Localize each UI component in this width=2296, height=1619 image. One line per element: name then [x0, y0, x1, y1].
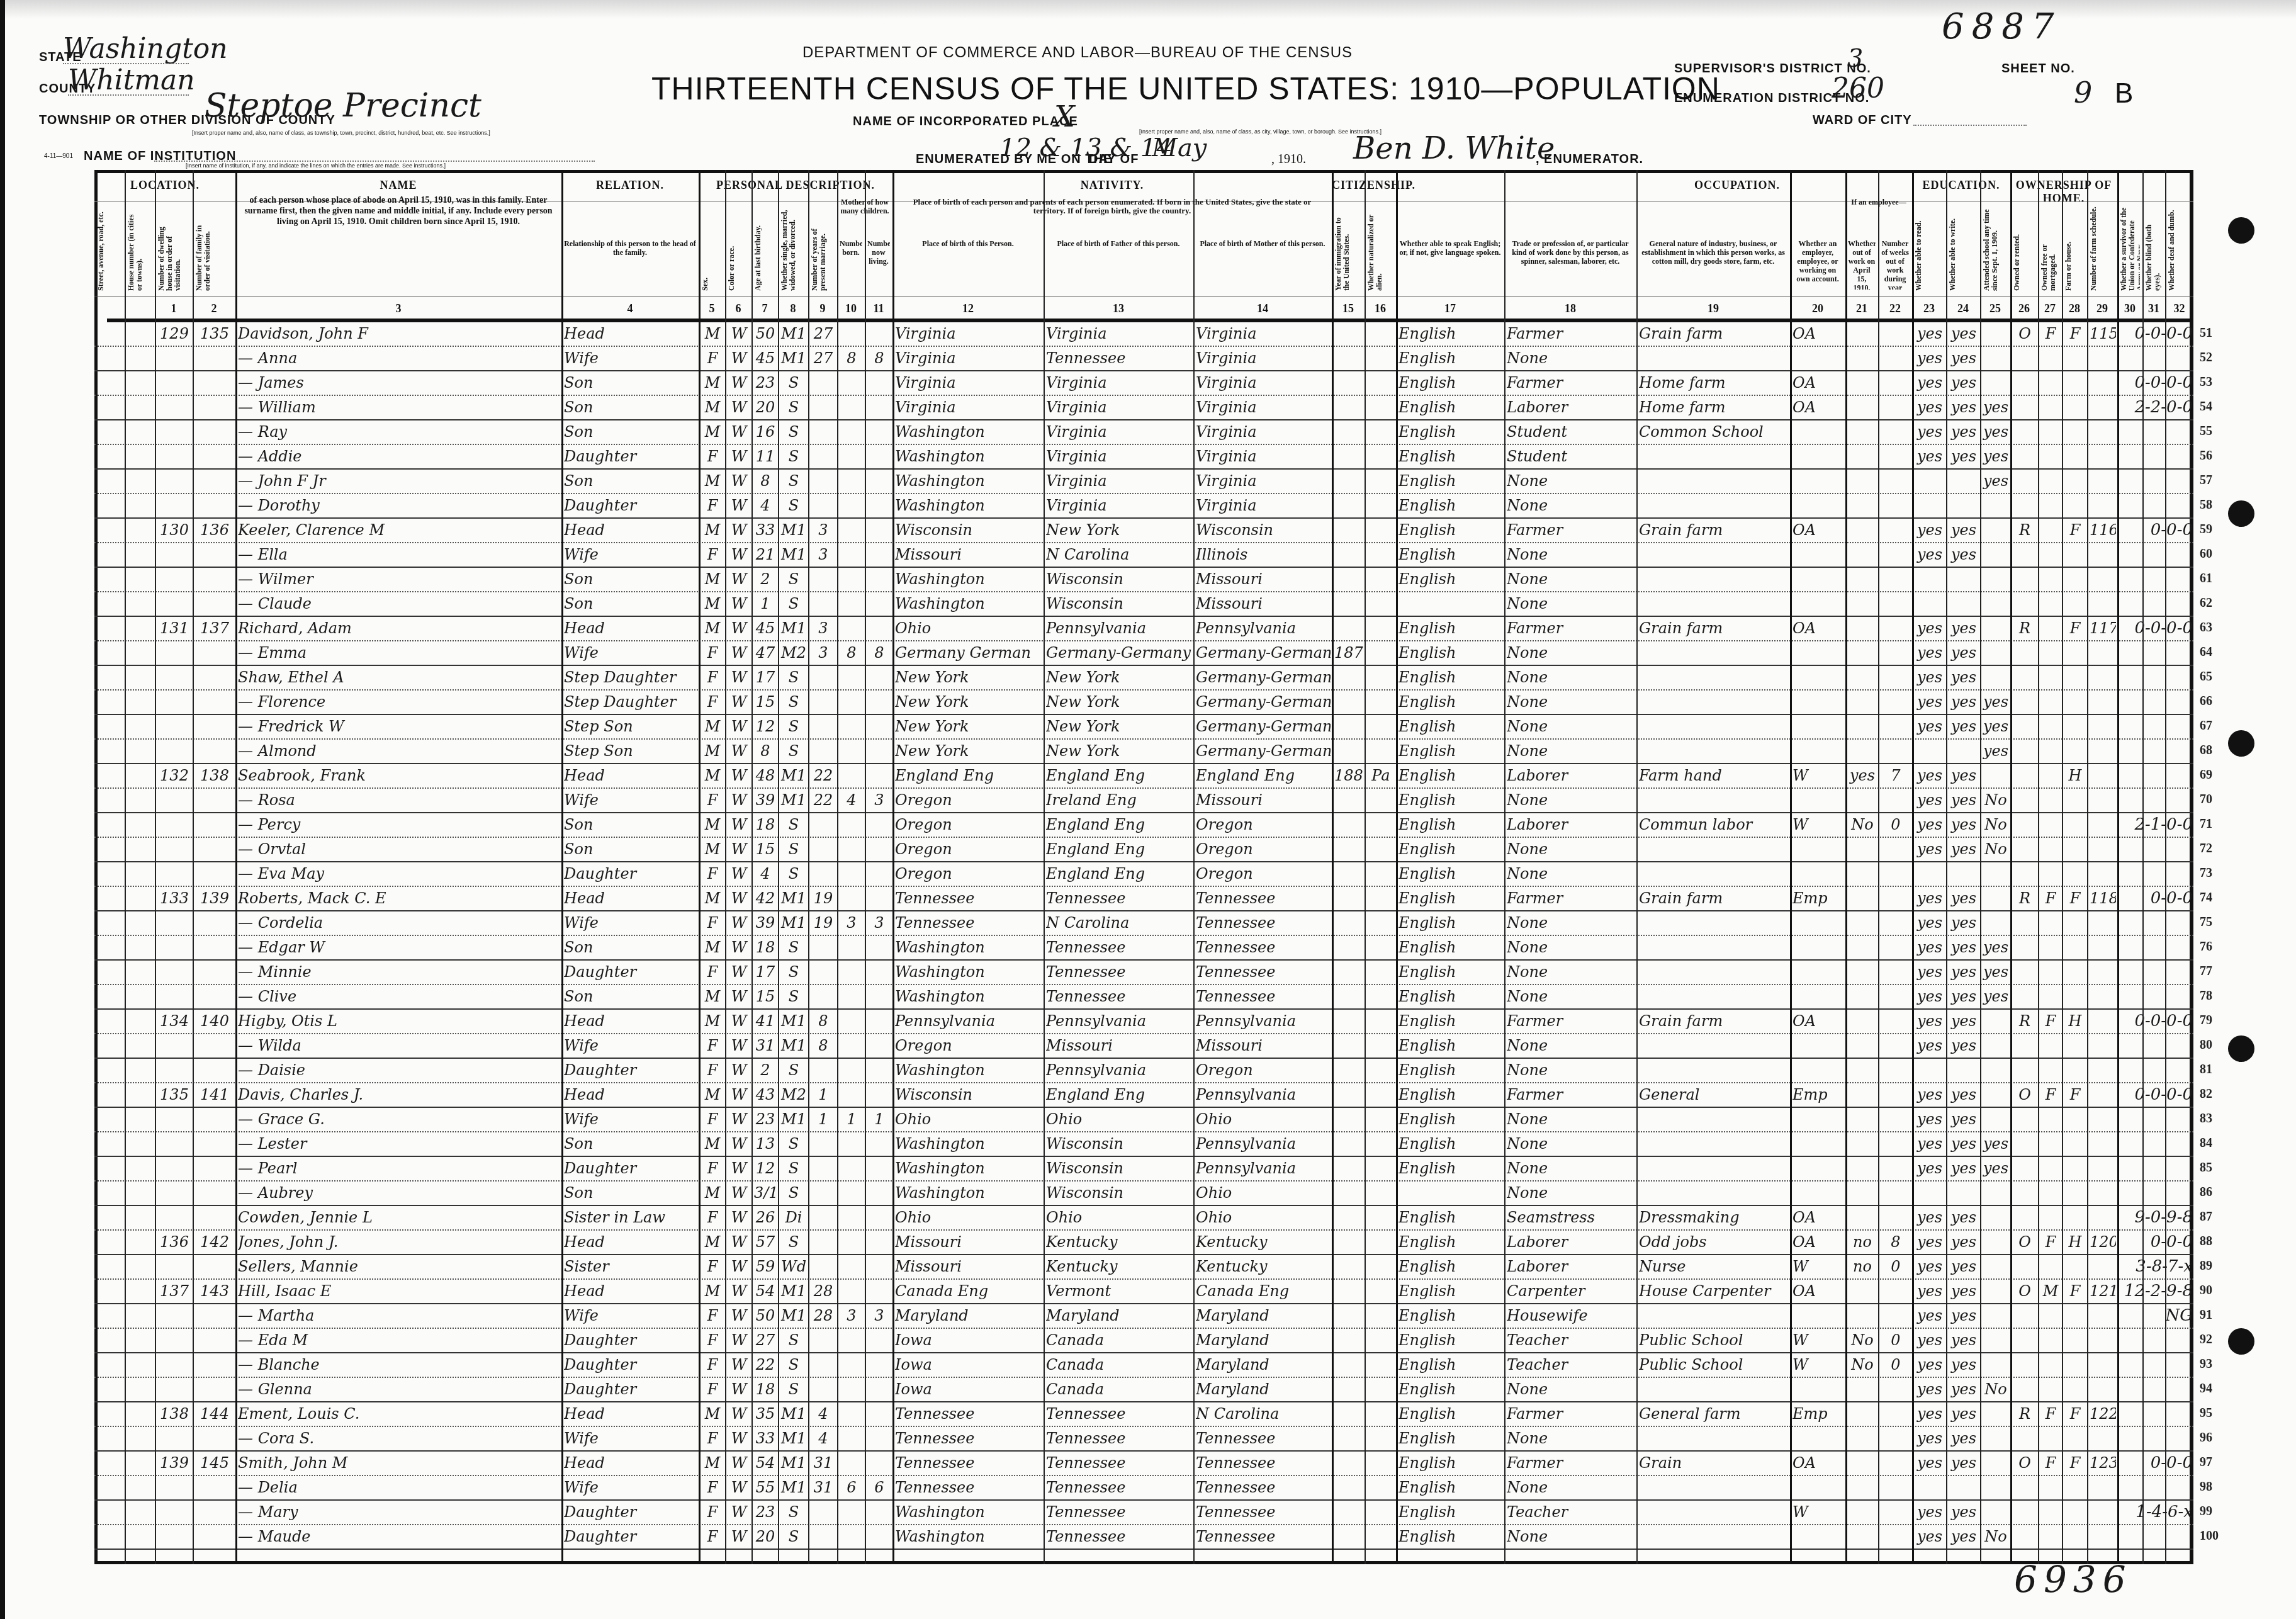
- cell-mortgaged: F: [2040, 1231, 2061, 1253]
- cell-write: yes: [1949, 543, 1979, 566]
- group-header-personal: PERSONAL DESCRIPTION.: [699, 179, 892, 192]
- cell-relation: Son: [564, 838, 697, 860]
- column-divider: [1332, 170, 1334, 1564]
- cell-codes: 1-4-6-x: [2079, 1501, 2193, 1523]
- cell-industry: Odd jobs: [1639, 1231, 1789, 1253]
- cell-sex: M: [701, 420, 724, 443]
- cell-race: W: [728, 592, 750, 615]
- cell-sex: M: [701, 1083, 724, 1106]
- cell-weeks_out: 0: [1881, 1255, 1911, 1278]
- cell-age: 1: [754, 592, 777, 615]
- cell-children_born: 6: [840, 1476, 864, 1499]
- cell-race: W: [728, 347, 750, 369]
- cell-trade: None: [1507, 1108, 1635, 1131]
- cell-owned: R: [2013, 1010, 2037, 1032]
- enumerated-month: May: [1152, 133, 1207, 162]
- cell-years_married: 19: [811, 887, 836, 910]
- cell-marital: S: [780, 371, 807, 394]
- cell-relation: Daughter: [564, 1378, 697, 1401]
- cell-language: English: [1398, 1329, 1503, 1351]
- column-divider: [2117, 170, 2119, 1564]
- cell-write: yes: [1949, 1010, 1979, 1032]
- cell-age: 54: [754, 1452, 777, 1474]
- column-header-birth_person: Place of birth of this Person.: [895, 239, 1041, 290]
- cell-age: 57: [754, 1231, 777, 1253]
- line-number: 70: [2200, 793, 2212, 807]
- cell-school: yes: [1983, 470, 2009, 492]
- cell-age: 59: [754, 1255, 777, 1278]
- column-number: 14: [1193, 296, 1332, 321]
- cell-mortgaged: F: [2040, 322, 2061, 345]
- cell-mortgaged: F: [2040, 1010, 2061, 1032]
- line-number: 67: [2200, 719, 2212, 733]
- cell-age: 41: [754, 1010, 777, 1032]
- cell-language: English: [1398, 420, 1503, 443]
- cell-sex: F: [701, 691, 724, 713]
- cell-marital: S: [780, 1231, 807, 1253]
- cell-owned: R: [2013, 519, 2037, 541]
- cell-birth_mother: Tennessee: [1196, 1427, 1331, 1450]
- cell-sex: M: [701, 1280, 724, 1302]
- cell-industry: Nurse: [1639, 1255, 1789, 1278]
- cell-birth_person: Ohio: [895, 1108, 1042, 1131]
- cell-age: 15: [754, 691, 777, 713]
- cell-language: English: [1398, 371, 1503, 394]
- cell-marital: S: [780, 691, 807, 713]
- cell-name: — William: [238, 396, 560, 419]
- cell-birth_father: Tennessee: [1046, 1427, 1192, 1450]
- cell-race: W: [728, 789, 750, 811]
- cell-marital: S: [780, 985, 807, 1008]
- cell-relation: Step Son: [564, 715, 697, 738]
- cell-industry: Grain: [1639, 1452, 1789, 1474]
- cell-employer: W: [1792, 1329, 1844, 1351]
- cell-age: 17: [754, 961, 777, 983]
- group-header-citizenship: CITIZENSHIP.: [1332, 179, 1396, 192]
- cell-read: yes: [1915, 715, 1945, 738]
- line-number: 86: [2200, 1185, 2212, 1200]
- cell-weeks_out: 0: [1881, 1353, 1911, 1376]
- institution-hint: [Insert name of institution, if any, and…: [186, 162, 446, 169]
- cell-birth_mother: Tennessee: [1196, 1525, 1331, 1548]
- line-number: 77: [2200, 964, 2212, 979]
- cell-sex: M: [701, 1182, 724, 1204]
- cell-write: yes: [1949, 371, 1979, 394]
- cell-write: yes: [1949, 322, 1979, 345]
- cell-farm_house: F: [2064, 1402, 2086, 1425]
- column-number: 4: [561, 296, 699, 321]
- column-header-owned: Owned or rented.: [2013, 206, 2035, 291]
- cell-birth_mother: Wisconsin: [1196, 519, 1331, 541]
- cell-employer: Emp: [1792, 887, 1844, 910]
- line-number: 95: [2200, 1406, 2212, 1421]
- cell-owned: R: [2013, 1402, 2037, 1425]
- cell-write: yes: [1949, 1353, 1979, 1376]
- cell-school: yes: [1983, 396, 2009, 419]
- cell-employer: W: [1792, 1353, 1844, 1376]
- cell-race: W: [728, 543, 750, 566]
- cell-sex: F: [701, 1525, 724, 1548]
- cell-weeks_out: 0: [1881, 813, 1911, 836]
- cell-race: W: [728, 764, 750, 787]
- column-divider: [865, 170, 866, 1564]
- cell-read: yes: [1915, 1108, 1945, 1131]
- cell-birth_mother: Germany-German: [1196, 666, 1331, 689]
- cell-out_of_work: No: [1848, 813, 1877, 836]
- cell-school: No: [1983, 813, 2009, 836]
- cell-birth_mother: Oregon: [1196, 1059, 1331, 1081]
- cell-marital: S: [780, 1182, 807, 1204]
- cell-years_married: 22: [811, 764, 836, 787]
- line-number: 85: [2200, 1161, 2212, 1175]
- cell-sex: F: [701, 789, 724, 811]
- cell-relation: Daughter: [564, 1157, 697, 1180]
- township-value: Steptoe Precinct: [205, 87, 481, 125]
- cell-race: W: [728, 1329, 750, 1351]
- cell-birth_person: Washington: [895, 961, 1042, 983]
- binder-hole: [2228, 500, 2254, 527]
- column-number: 26: [2010, 296, 2038, 321]
- cell-read: yes: [1915, 838, 1945, 860]
- cell-write: yes: [1949, 420, 1979, 443]
- cell-birth_person: England Eng: [895, 764, 1042, 787]
- column-number: 9: [808, 296, 837, 321]
- cell-name: Higby, Otis L: [238, 1010, 560, 1032]
- cell-age: 26: [754, 1206, 777, 1229]
- cell-sex: M: [701, 838, 724, 860]
- cell-language: English: [1398, 1525, 1503, 1548]
- line-number: 58: [2200, 498, 2212, 512]
- cell-race: W: [728, 1304, 750, 1327]
- cell-race: W: [728, 985, 750, 1008]
- cell-children_living: 8: [867, 641, 891, 664]
- cell-school: yes: [1983, 691, 2009, 713]
- column-header-marital: Whether single, married, widowed, or div…: [780, 206, 806, 291]
- cell-trade: None: [1507, 789, 1635, 811]
- cell-language: English: [1398, 1132, 1503, 1155]
- cell-sex: F: [701, 347, 724, 369]
- cell-years_married: 1: [811, 1108, 836, 1131]
- cell-language: English: [1398, 691, 1503, 713]
- cell-marital: M1: [780, 1108, 807, 1131]
- cell-read: yes: [1915, 764, 1945, 787]
- cell-trade: Farmer: [1507, 887, 1635, 910]
- cell-codes: 0-0-0-0: [2079, 1010, 2193, 1032]
- cell-school: No: [1983, 1378, 2009, 1401]
- column-divider: [778, 170, 779, 1564]
- cell-marital: S: [780, 396, 807, 419]
- cell-birth_father: Canada: [1046, 1378, 1192, 1401]
- cell-name: — Claude: [238, 592, 560, 615]
- column-divider: [1365, 170, 1366, 1564]
- cell-marital: S: [780, 1525, 807, 1548]
- cell-name: — Anna: [238, 347, 560, 369]
- institution-line: [154, 161, 595, 162]
- cell-relation: Head: [564, 1452, 697, 1474]
- cell-weeks_out: 7: [1881, 764, 1911, 787]
- cell-relation: Son: [564, 470, 697, 492]
- column-number: 16: [1365, 296, 1396, 321]
- column-header-sex: Sex.: [701, 206, 723, 291]
- cell-relation: Head: [564, 1402, 697, 1425]
- cell-language: English: [1398, 862, 1503, 885]
- line-number: 80: [2200, 1038, 2212, 1052]
- cell-marital: M2: [780, 1083, 807, 1106]
- cell-trade: None: [1507, 911, 1635, 934]
- cell-trade: None: [1507, 936, 1635, 959]
- cell-language: English: [1398, 617, 1503, 640]
- cell-sex: M: [701, 470, 724, 492]
- cell-birth_mother: Virginia: [1196, 347, 1331, 369]
- column-divider: [2165, 170, 2166, 1564]
- cell-marital: S: [780, 666, 807, 689]
- cell-marital: M1: [780, 764, 807, 787]
- cell-children_living: 6: [867, 1476, 891, 1499]
- binder-hole: [2228, 217, 2254, 244]
- cell-birth_father: New York: [1046, 666, 1192, 689]
- cell-relation: Wife: [564, 1304, 697, 1327]
- cell-birth_father: Tennessee: [1046, 347, 1192, 369]
- cell-name: — Martha: [238, 1304, 560, 1327]
- line-number: 98: [2200, 1480, 2212, 1494]
- cell-marital: M1: [780, 1427, 807, 1450]
- cell-birth_person: Oregon: [895, 838, 1042, 860]
- cell-age: 23: [754, 1108, 777, 1131]
- cell-birth_mother: Pennsylvania: [1196, 1083, 1331, 1106]
- line-number: 96: [2200, 1431, 2212, 1445]
- cell-marital: M1: [780, 1452, 807, 1474]
- cell-codes: NG: [2079, 1304, 2193, 1327]
- group-header-location: LOCATION.: [94, 179, 235, 192]
- column-number: 23: [1912, 296, 1946, 321]
- column-divider: [1980, 170, 1981, 1564]
- cell-trade: Student: [1507, 445, 1635, 468]
- cell-birth_father: Virginia: [1046, 396, 1192, 419]
- cell-school: No: [1983, 838, 2009, 860]
- cell-relation: Sister in Law: [564, 1206, 697, 1229]
- line-number: 53: [2200, 375, 2212, 390]
- cell-birth_mother: Oregon: [1196, 862, 1331, 885]
- cell-trade: Carpenter: [1507, 1280, 1635, 1302]
- cell-trade: Teacher: [1507, 1329, 1635, 1351]
- cell-family: 138: [195, 764, 234, 787]
- cell-trade: None: [1507, 1059, 1635, 1081]
- line-number: 61: [2200, 572, 2212, 586]
- cell-trade: None: [1507, 568, 1635, 590]
- cell-race: W: [728, 1182, 750, 1204]
- cell-sex: M: [701, 740, 724, 762]
- cell-language: English: [1398, 985, 1503, 1008]
- cell-relation: Son: [564, 1182, 697, 1204]
- cell-relation: Son: [564, 936, 697, 959]
- cell-employer: Emp: [1792, 1083, 1844, 1106]
- cell-birth_person: Washington: [895, 445, 1042, 468]
- cell-language: English: [1398, 1427, 1503, 1450]
- cell-marital: M1: [780, 1280, 807, 1302]
- column-number: 6: [725, 296, 751, 321]
- cell-trade: None: [1507, 494, 1635, 517]
- cell-age: 15: [754, 985, 777, 1008]
- cell-age: 22: [754, 1353, 777, 1376]
- cell-name: — Clive: [238, 985, 560, 1008]
- cell-industry: Grain farm: [1639, 1010, 1789, 1032]
- cell-trade: None: [1507, 961, 1635, 983]
- incorporated-value: X: [1054, 99, 1075, 133]
- cell-race: W: [728, 445, 750, 468]
- cell-language: English: [1398, 1378, 1503, 1401]
- cell-school: yes: [1983, 1132, 2009, 1155]
- cell-race: W: [728, 1353, 750, 1376]
- cell-age: 15: [754, 838, 777, 860]
- cell-birth_person: Iowa: [895, 1329, 1042, 1351]
- column-divider: [1396, 170, 1398, 1564]
- cell-sex: F: [701, 1329, 724, 1351]
- cell-birth_person: Iowa: [895, 1353, 1042, 1376]
- line-number: 90: [2200, 1283, 2212, 1298]
- cell-race: W: [728, 1083, 750, 1106]
- ward-label: Ward of city: [1813, 113, 1912, 128]
- column-header-deaf: Whether deaf and dumb.: [2168, 206, 2191, 291]
- nativity-instructions: Place of birth of each person and parent…: [896, 198, 1328, 215]
- cell-name: — Cordelia: [238, 911, 560, 934]
- cell-birth_father: Tennessee: [1046, 1525, 1192, 1548]
- cell-dwelling: 131: [157, 617, 191, 640]
- cell-sex: M: [701, 764, 724, 787]
- cell-sex: M: [701, 519, 724, 541]
- cell-codes: 0-0-0: [2079, 887, 2193, 910]
- line-number: 76: [2200, 940, 2212, 954]
- cell-birth_person: Washington: [895, 592, 1042, 615]
- group-header-education: EDUCATION.: [1912, 179, 2010, 192]
- cell-school: No: [1983, 1525, 2009, 1548]
- cell-relation: Head: [564, 887, 697, 910]
- cell-age: 50: [754, 1304, 777, 1327]
- cell-family: 143: [195, 1280, 234, 1302]
- cell-language: English: [1398, 961, 1503, 983]
- cell-name: — Daisie: [238, 1059, 560, 1081]
- cell-industry: Grain farm: [1639, 322, 1789, 345]
- cell-employer: Emp: [1792, 1402, 1844, 1425]
- column-header-children_living: Number now living.: [867, 239, 890, 290]
- cell-birth_mother: Tennessee: [1196, 1501, 1331, 1523]
- cell-codes: 3-8-7-x: [2079, 1255, 2193, 1278]
- column-divider: [1636, 170, 1638, 1564]
- cell-write: yes: [1949, 813, 1979, 836]
- cell-out_of_work: No: [1848, 1353, 1877, 1376]
- column-number: 32: [2165, 296, 2193, 321]
- cell-race: W: [728, 1231, 750, 1253]
- cell-birth_father: Pennsylvania: [1046, 617, 1192, 640]
- cell-birth_father: Germany-Germany: [1046, 641, 1192, 664]
- cell-children_born: 1: [840, 1108, 864, 1131]
- cell-race: W: [728, 470, 750, 492]
- line-number: 51: [2200, 326, 2212, 341]
- cell-write: yes: [1949, 936, 1979, 959]
- line-number: 63: [2200, 621, 2212, 635]
- form-code: 4-11—901: [44, 153, 73, 160]
- cell-name: — Almond: [238, 740, 560, 762]
- cell-birth_father: England Eng: [1046, 1083, 1192, 1106]
- column-number: 21: [1845, 296, 1878, 321]
- cell-sex: F: [701, 1157, 724, 1180]
- cell-codes: 2-2-0-0: [2079, 396, 2193, 419]
- cell-race: W: [728, 1280, 750, 1302]
- group-header-relation: RELATION.: [561, 179, 699, 192]
- column-number: 22: [1878, 296, 1912, 321]
- cell-trade: Farmer: [1507, 371, 1635, 394]
- cell-name: — Addie: [238, 445, 560, 468]
- cell-race: W: [728, 1108, 750, 1131]
- cell-school: yes: [1983, 420, 2009, 443]
- cell-years_married: 27: [811, 322, 836, 345]
- cell-language: English: [1398, 1452, 1503, 1474]
- cell-trade: Laborer: [1507, 1231, 1635, 1253]
- column-divider: [2062, 170, 2063, 1564]
- column-number: 8: [778, 296, 808, 321]
- cell-marital: M1: [780, 1034, 807, 1057]
- column-header-mortgaged: Owned free or mortgaged.: [2040, 206, 2059, 291]
- cell-language: English: [1398, 1083, 1503, 1106]
- cell-birth_person: Oregon: [895, 813, 1042, 836]
- cell-language: English: [1398, 568, 1503, 590]
- cell-marital: S: [780, 470, 807, 492]
- column-header-years_married: Number of years of present marriage.: [811, 206, 835, 291]
- cell-language: English: [1398, 543, 1503, 566]
- supervisor-value: 3: [1847, 44, 1863, 73]
- cell-birth_father: New York: [1046, 519, 1192, 541]
- column-header-relation: Relationship of this person to the head …: [564, 239, 696, 290]
- cell-employer: W: [1792, 1501, 1844, 1523]
- cell-age: 42: [754, 887, 777, 910]
- cell-years_married: 22: [811, 789, 836, 811]
- cell-write: yes: [1949, 1108, 1979, 1131]
- cell-race: W: [728, 961, 750, 983]
- cell-read: yes: [1915, 641, 1945, 664]
- cell-trade: None: [1507, 1132, 1635, 1155]
- cell-family: 145: [195, 1452, 234, 1474]
- cell-language: English: [1398, 838, 1503, 860]
- cell-trade: Farmer: [1507, 617, 1635, 640]
- cell-marital: M1: [780, 322, 807, 345]
- column-divider: [2087, 170, 2088, 1564]
- cell-years_married: 8: [811, 1010, 836, 1032]
- cell-dwelling: 139: [157, 1452, 191, 1474]
- cell-relation: Daughter: [564, 445, 697, 468]
- cell-birth_person: Washington: [895, 1182, 1042, 1204]
- cell-birth_person: Wisconsin: [895, 519, 1042, 541]
- column-number: 19: [1636, 296, 1790, 321]
- cell-codes: 12-2-9-8: [2079, 1280, 2193, 1302]
- cell-birth_mother: Virginia: [1196, 371, 1331, 394]
- cell-codes: 2-1-0-0: [2079, 813, 2193, 836]
- cell-relation: Son: [564, 813, 697, 836]
- cell-trade: Teacher: [1507, 1353, 1635, 1376]
- cell-birth_mother: Tennessee: [1196, 1452, 1331, 1474]
- cell-birth_mother: Tennessee: [1196, 985, 1331, 1008]
- cell-relation: Daughter: [564, 1353, 697, 1376]
- cell-birth_father: Wisconsin: [1046, 592, 1192, 615]
- column-number: 31: [2142, 296, 2165, 321]
- cell-birth_father: Tennessee: [1046, 985, 1192, 1008]
- column-divider: [1193, 170, 1195, 1564]
- cell-read: yes: [1915, 813, 1945, 836]
- column-divider: [1044, 170, 1045, 1564]
- cell-trade: None: [1507, 470, 1635, 492]
- column-divider: [561, 170, 563, 1564]
- cell-relation: Head: [564, 1010, 697, 1032]
- cell-write: yes: [1949, 1427, 1979, 1450]
- cell-children_born: 3: [840, 911, 864, 934]
